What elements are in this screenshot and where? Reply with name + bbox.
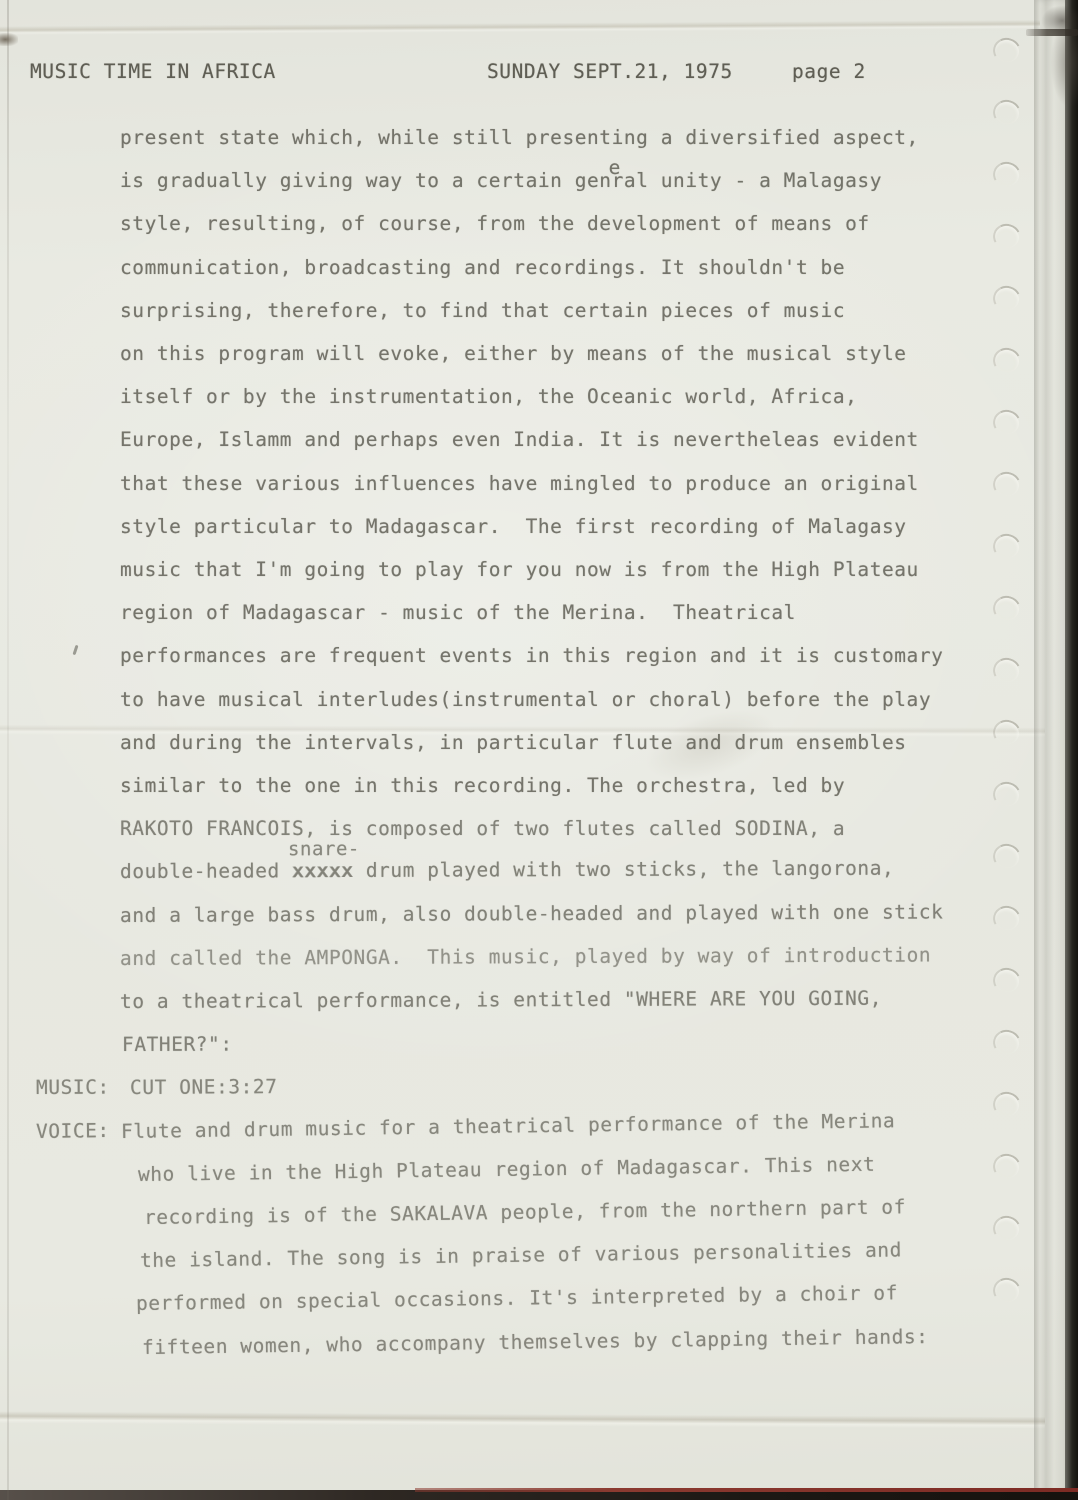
binding-hole-icon [990, 468, 1025, 501]
typewritten-line: FATHER?": [122, 1033, 233, 1056]
cue-text-line: recording is of the SAKALAVA people, fro… [144, 1195, 906, 1229]
typewritten-line: RAKOTO FRANCOIS, is composed of two flut… [120, 817, 845, 840]
program-title: MUSIC TIME IN AFRICA [30, 60, 276, 83]
typewritten-line: region of Madagascar - music of the Meri… [120, 601, 796, 624]
overstrike-x-characters: xxxxx [292, 859, 354, 882]
line-text: is gradually giving way to a certain gen [120, 169, 612, 192]
typewritten-line: to have musical interludes(instrumental … [120, 688, 931, 711]
cue-text-line: who live in the High Plateau region of M… [138, 1153, 876, 1186]
cue-text-line: CUT ONE:3:27 [130, 1075, 278, 1099]
cue-text-line: fifteen women, who accompany themselves … [142, 1325, 929, 1359]
page-number: page 2 [792, 60, 866, 83]
typed-insertion-above: snare- [288, 838, 360, 860]
binding-hole-icon [990, 406, 1025, 439]
typewritten-line: itself or by the instrumentation, the Oc… [120, 385, 857, 408]
binding-hole-icon [990, 1150, 1025, 1183]
typewritten-line: and during the intervals, in particular … [120, 731, 907, 754]
binding-hole-icon [990, 716, 1025, 749]
cue-text-line: Flute and drum music for a theatrical pe… [121, 1109, 896, 1143]
corner-dark-dash [1026, 29, 1078, 36]
line-text: double-headed [120, 860, 292, 884]
binding-hole-icon [990, 158, 1025, 191]
overstruck-word: xxxxxsnare- [292, 859, 354, 882]
typewritten-line: that these various influences have mingl… [120, 472, 919, 495]
left-margin-ink-mark [0, 33, 18, 46]
pencil-tick-mark [73, 645, 79, 655]
binding-hole-icon [990, 96, 1025, 129]
line-text: drum played with two sticks, the langoro… [353, 857, 894, 882]
typewritten-line: performances are frequent events in this… [120, 644, 943, 667]
typewritten-line: present state which, while still present… [120, 126, 919, 149]
typewritten-line: surprising, therefore, to find that cert… [120, 299, 845, 322]
paper-crease-top [0, 20, 1040, 35]
corner-smudge [1026, 0, 1078, 115]
scanned-typescript-page: MUSIC TIME IN AFRICA SUNDAY SEPT.21, 197… [0, 0, 1078, 1500]
typewritten-line: Europe, Islamm and perhaps even India. I… [120, 428, 919, 451]
binding-hole-icon [990, 654, 1025, 687]
typewritten-line: style, resulting, of course, from the de… [120, 212, 870, 235]
typewritten-line: on this program will evoke, either by me… [120, 342, 907, 365]
binding-hole-icon [990, 220, 1025, 253]
binding-hole-icon [990, 282, 1025, 315]
binding-hole-icon [990, 1088, 1025, 1121]
typewritten-line: double-headed xxxxxsnare- drum played wi… [120, 857, 894, 883]
binding-hole-icon [990, 1274, 1025, 1307]
broadcast-date: SUNDAY SEPT.21, 1975 [487, 60, 733, 83]
music-cue-label: MUSIC: [36, 1076, 110, 1099]
binding-hole-icon [990, 592, 1025, 625]
cue-text-line: performed on special occasions. It's int… [136, 1282, 898, 1316]
binding-hole-icon [990, 34, 1025, 67]
binding-hole-icon [990, 778, 1025, 811]
paper-crease-bottom [0, 1411, 1045, 1428]
typewritten-line: communication, broadcasting and recordin… [120, 256, 845, 279]
typewritten-line: is gradually giving way to a certain gen… [120, 169, 882, 192]
page-stack-edge [1034, 0, 1066, 1500]
voice-cue-label: VOICE: [36, 1119, 110, 1143]
cue-text-line: the island. The song is in praise of var… [140, 1239, 902, 1273]
binding-hole-icon [990, 1212, 1025, 1245]
bottom-red-edge-line [415, 1488, 1078, 1492]
typewritten-line: and called the AMPONGA. This music, play… [120, 943, 931, 970]
binding-hole-icon [990, 530, 1025, 563]
binding-hole-icon [990, 902, 1025, 935]
typewritten-line: music that I'm going to play for you now… [120, 558, 919, 581]
binding-hole-icon [990, 1026, 1025, 1059]
binding-hole-icon [990, 344, 1025, 377]
line-text: ral unity - a Malagasy [612, 169, 882, 192]
binding-hole-icon [990, 840, 1025, 873]
typewritten-line: similar to the one in this recording. Th… [120, 774, 845, 797]
typewritten-line: and a large bass drum, also double-heade… [120, 900, 944, 927]
typewritten-line: style particular to Madagascar. The firs… [120, 515, 907, 538]
scan-edge-shadow [1065, 0, 1078, 1500]
binding-hole-icon [990, 964, 1025, 997]
left-paper-edge-line [7, 0, 9, 1500]
typewritten-line: to a theatrical performance, is entitled… [120, 987, 882, 1013]
